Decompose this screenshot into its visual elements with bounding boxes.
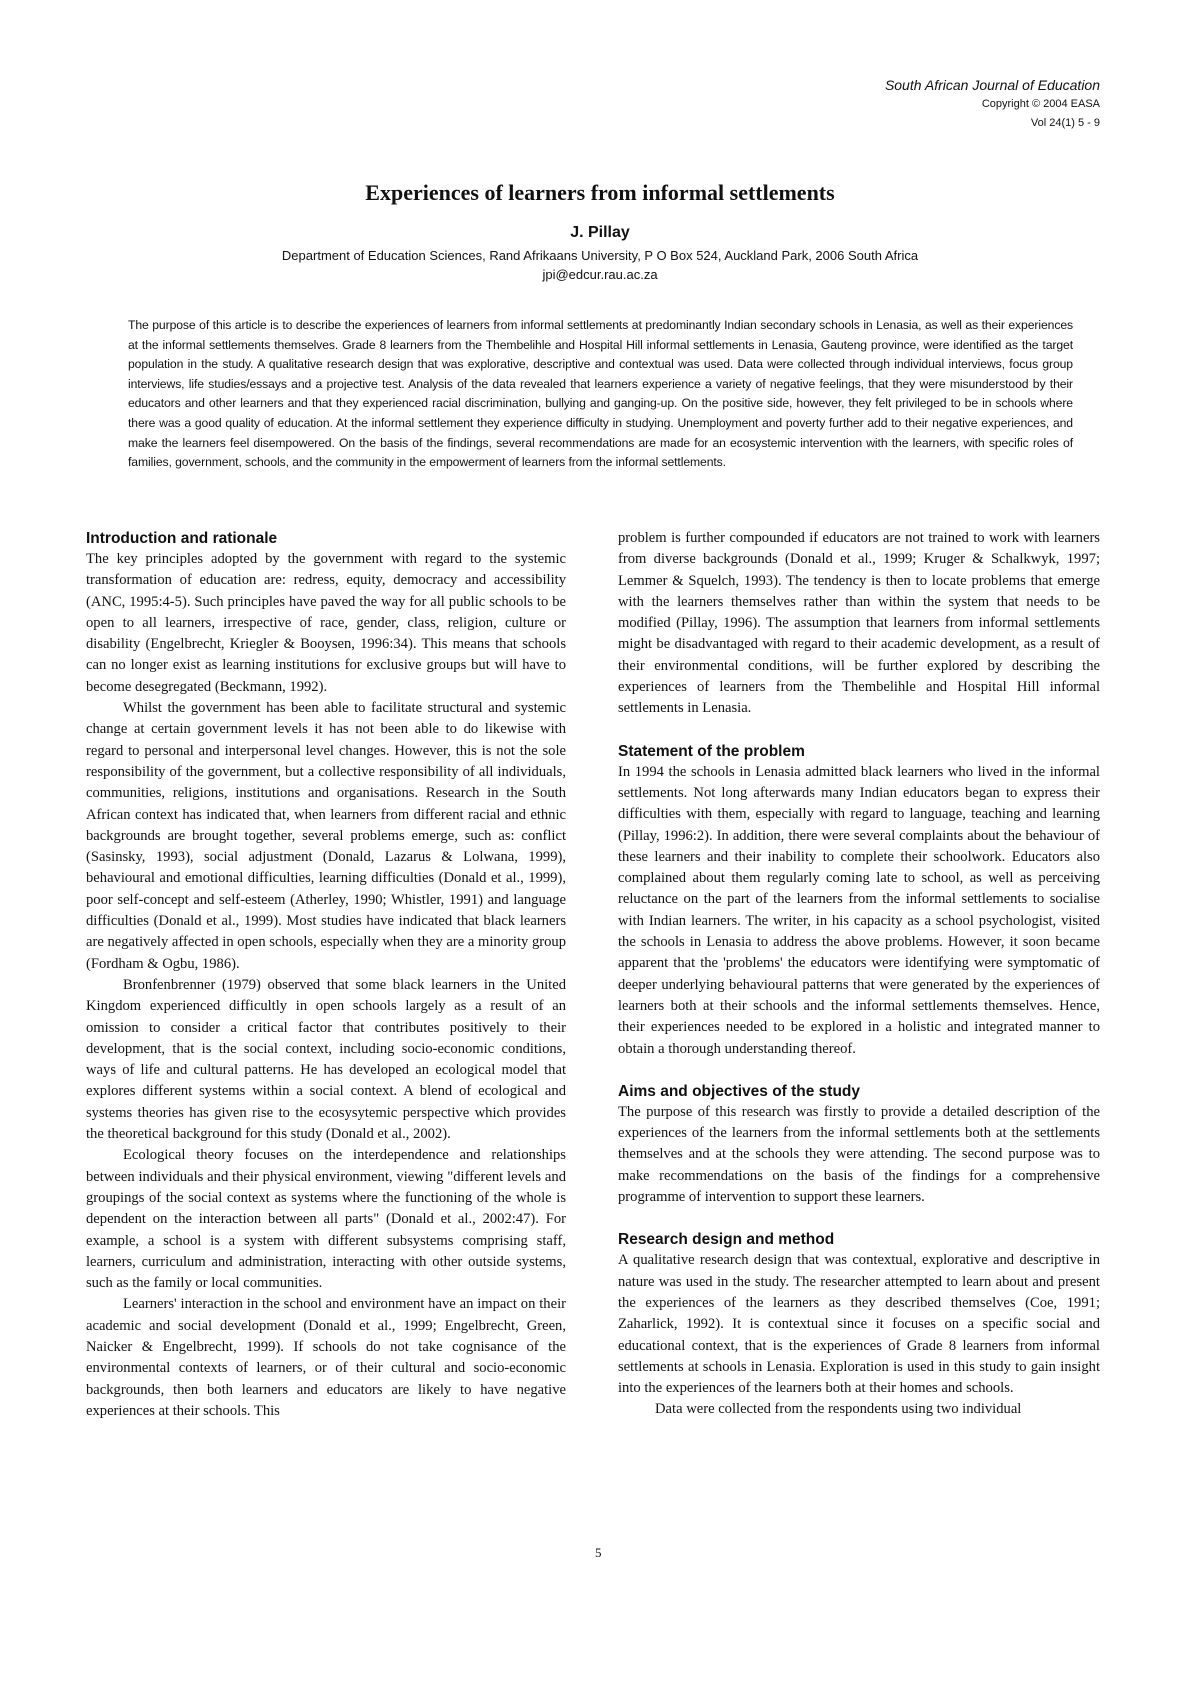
left-column: Introduction and rationale The key princ… (86, 528, 566, 1422)
paragraph: Ecological theory focuses on the interde… (86, 1145, 566, 1294)
article-title: Experiences of learners from informal se… (0, 180, 1200, 206)
section-heading-problem: Statement of the problem (618, 741, 1100, 762)
section-heading-method: Research design and method (618, 1229, 1100, 1250)
page-number: 5 (595, 1545, 602, 1561)
title-block: Experiences of learners from informal se… (0, 180, 1200, 284)
paragraph: Whilst the government has been able to f… (86, 698, 566, 975)
paragraph: In 1994 the schools in Lenasia admitted … (618, 762, 1100, 1060)
paragraph: The purpose of this research was firstly… (618, 1102, 1100, 1208)
right-column: problem is further compounded if educato… (618, 528, 1100, 1421)
paragraph: Learners' interaction in the school and … (86, 1294, 566, 1422)
author-email: jpi@edcur.rau.ac.za (0, 265, 1200, 284)
section-gap (618, 720, 1100, 741)
paragraph: The key principles adopted by the govern… (86, 549, 566, 698)
paragraph: A qualitative research design that was c… (618, 1250, 1100, 1399)
section-heading-aims: Aims and objectives of the study (618, 1081, 1100, 1102)
copyright-line: Copyright © 2004 EASA (885, 95, 1100, 114)
section-gap (618, 1208, 1100, 1229)
paragraph-continued: problem is further compounded if educato… (618, 528, 1100, 720)
author-affiliation: Department of Education Sciences, Rand A… (0, 246, 1200, 265)
section-gap (618, 1060, 1100, 1081)
section-heading-introduction: Introduction and rationale (86, 528, 566, 549)
author-name: J. Pillay (0, 224, 1200, 242)
journal-header: South African Journal of Education Copyr… (885, 76, 1100, 133)
volume-line: Vol 24(1) 5 - 9 (885, 114, 1100, 133)
paragraph: Data were collected from the respondents… (618, 1399, 1100, 1420)
abstract: The purpose of this article is to descri… (128, 316, 1073, 473)
paragraph: Bronfenbrenner (1979) observed that some… (86, 975, 566, 1145)
journal-name: South African Journal of Education (885, 76, 1100, 95)
